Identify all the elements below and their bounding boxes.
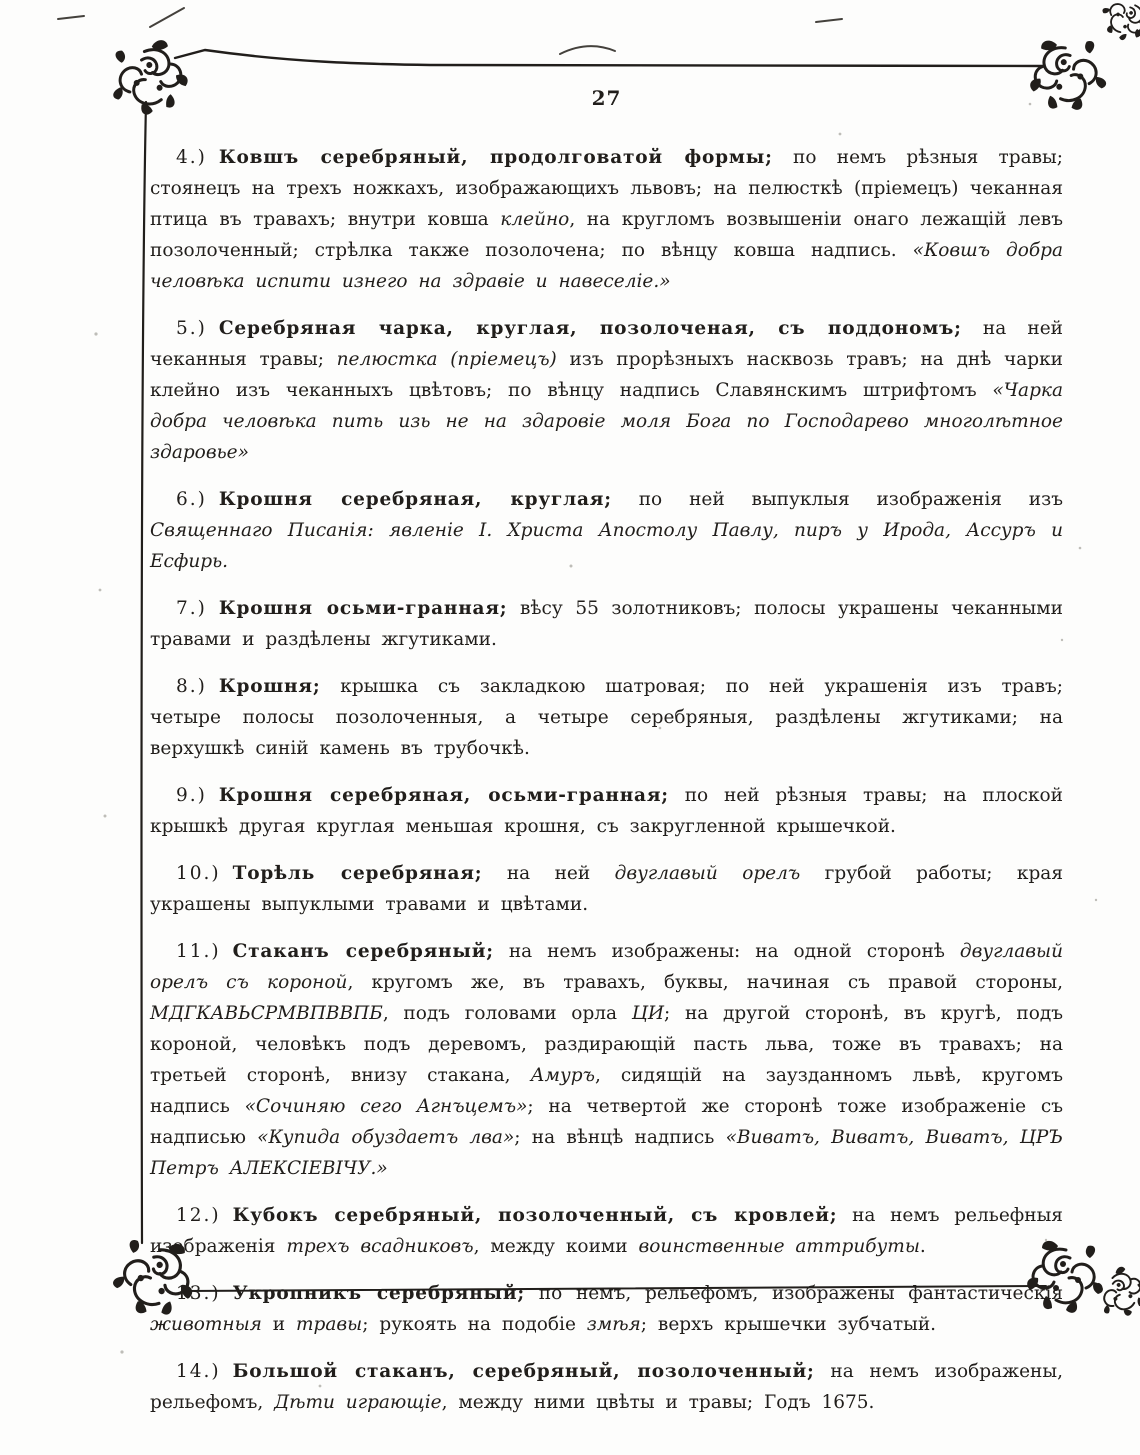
text-segment: пелюстка (пріемецъ)	[337, 349, 557, 370]
text-segment: МДГКАВЬСРМВПВВПБ	[150, 1003, 383, 1024]
catalog-entry: 6.)Крошня серебряная, круглая; по ней вы…	[150, 484, 1063, 577]
text-segment: на немъ изображены: на одной сторонѣ	[494, 941, 960, 962]
scanned-page: 27 4.)Ковшъ серебряный, продолговатой фо…	[0, 0, 1140, 1455]
catalog-entry: 4.)Ковшъ серебряный, продолговатой формы…	[150, 142, 1063, 297]
text-segment: Крошня серебряная, осьми-гранная;	[219, 785, 669, 806]
corner-ornament-fragment-bottom-right-icon	[1089, 1260, 1140, 1325]
text-segment: по ней выпуклыя изображенія изъ	[612, 489, 1063, 510]
text-segment: Крошня осьми-гранная;	[219, 598, 508, 619]
text-segment: по немъ, рельефомъ, изображены фантастич…	[525, 1283, 1063, 1304]
text-segment: воинственные аттрибуты	[639, 1236, 920, 1257]
entry-number: 13.)	[176, 1283, 233, 1304]
text-segment: на ней	[482, 863, 614, 884]
text-segment: Большой стаканъ, серебряный, позолоченны…	[233, 1361, 815, 1382]
catalog-entry: 5.)Серебряная чарка, круглая, позолочена…	[150, 313, 1063, 468]
page-number: 27	[150, 86, 1063, 110]
catalog-entry: 9.)Крошня серебряная, осьми-гранная; по …	[150, 780, 1063, 842]
corner-ornament-fragment-top-right-icon	[1094, 0, 1140, 49]
text-segment: животныя	[150, 1314, 262, 1335]
text-segment: Амуръ	[531, 1065, 595, 1086]
catalog-entry: 13.)Укропникъ серебряный; по немъ, релье…	[150, 1278, 1063, 1340]
entry-number: 4.)	[176, 147, 219, 168]
entry-number: 9.)	[176, 785, 219, 806]
text-segment: Крошня;	[219, 676, 321, 697]
catalog-entry: 7.)Крошня осьми-гранная; вѣсу 55 золотни…	[150, 593, 1063, 655]
text-segment: ; верхъ крышечки зубчатый.	[641, 1314, 936, 1335]
entry-number: 5.)	[176, 318, 219, 339]
text-segment: Кубокъ серебряный, позолоченный, съ кров…	[233, 1205, 838, 1226]
text-segment: , подъ головами орла	[383, 1003, 632, 1024]
entry-number: 12.)	[176, 1205, 233, 1226]
text-segment: , между ними цвѣты и травы; Годъ 1675.	[442, 1392, 875, 1413]
catalog-entry: 12.)Кубокъ серебряный, позолоченный, съ …	[150, 1200, 1063, 1262]
entry-number: 14.)	[176, 1361, 233, 1382]
text-segment: и	[262, 1314, 296, 1335]
catalog-entry: 11.)Стаканъ серебряный; на немъ изображе…	[150, 936, 1063, 1184]
text-segment: Серебряная чарка, круглая, позолоченая, …	[219, 318, 962, 339]
text-segment: «Сочиняю сего Агнъцемъ»	[245, 1096, 528, 1117]
text-segment: ЦИ	[632, 1003, 664, 1024]
catalog-entry: 8.)Крошня; крышка съ закладкою шатровая;…	[150, 671, 1063, 764]
text-segment: .	[920, 1236, 926, 1257]
entries: 4.)Ковшъ серебряный, продолговатой формы…	[150, 142, 1063, 1418]
text-segment: Ковшъ серебряный, продолговатой формы;	[219, 147, 773, 168]
text-segment: травы	[296, 1314, 362, 1335]
entry-number: 10.)	[176, 863, 233, 884]
text-segment: ; рукоять на подобіе	[362, 1314, 587, 1335]
text-segment: , кругомъ же, въ травахъ, буквы, начиная…	[347, 972, 1063, 993]
catalog-entry: 10.)Торѣль серебряная; на ней двуглавый …	[150, 858, 1063, 920]
text-segment: двуглавый орелъ	[615, 863, 801, 884]
top-border-rule	[175, 50, 1044, 66]
text-segment: Крошня серебряная, круглая;	[219, 489, 612, 510]
text-segment: Укропникъ серебряный;	[233, 1283, 525, 1304]
text-segment: змѣя	[587, 1314, 641, 1335]
text-segment: Стаканъ серебряный;	[233, 941, 494, 962]
text-segment: , между коими	[474, 1236, 639, 1257]
text-segment: Дѣти играющіе	[274, 1392, 442, 1413]
text-segment: ; на вѣнцѣ надпись	[514, 1127, 725, 1148]
page-content: 27 4.)Ковшъ серебряный, продолговатой фо…	[150, 86, 1063, 1434]
entry-number: 7.)	[176, 598, 219, 619]
entry-number: 11.)	[176, 941, 233, 962]
text-segment: Торѣль серебряная;	[233, 863, 483, 884]
text-segment: Священнаго Писанія: явленіе І. Христа Ап…	[150, 520, 1063, 572]
left-border-rule	[141, 102, 146, 1243]
catalog-entry: 14.)Большой стаканъ, серебряный, позолоч…	[150, 1356, 1063, 1418]
text-segment: клейно	[500, 209, 569, 230]
entry-number: 6.)	[176, 489, 219, 510]
text-segment: «Купида обуздаетъ лва»	[257, 1127, 514, 1148]
text-segment: трехъ всадниковъ	[286, 1236, 473, 1257]
entry-number: 8.)	[176, 676, 219, 697]
